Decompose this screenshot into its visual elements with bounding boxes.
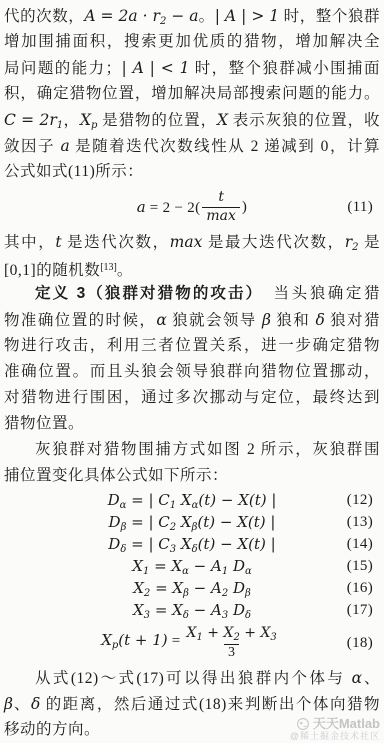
text-line: 其中，t 是迭代次数，max 是最大迭代次数，r2 是 xyxy=(4,229,380,255)
text-line: 物进行攻击，利用三者位置关系，进一步确定猎物 xyxy=(4,333,380,359)
text-line: 灰狼群对猎物围捕方式如图 2 所示，灰狼群围 xyxy=(4,437,380,463)
equation-body: Xp(t + 1) = X1 + X2 + X33 xyxy=(101,625,283,661)
equation-11: a = 2 − 2(tmax) (11) xyxy=(4,185,380,229)
equation-15: X1 = Xα − A1 Dα (15) xyxy=(4,555,380,577)
text-line: 增加围捕面积，搜索更加优质的猎物，增加解决全 xyxy=(4,29,380,55)
text-line: 代的次数，A = 2a · r2 − a。| A | > 1 时，整个狼群 xyxy=(4,3,380,29)
definition-3-heading-line: 定义 3（狼群对猎物的攻击） 当头狼确定猎 xyxy=(4,281,380,307)
watermark-logo-icon xyxy=(296,717,310,731)
equation-number: (15) xyxy=(347,555,373,577)
equation-13: Dβ = | C2 Xβ(t) − X(t) | (13) xyxy=(4,511,380,533)
watermark-brand: 天天Matlab xyxy=(313,717,380,731)
text-line: 物准确位置的时候，α 狼就会领导 β 狼和 δ 狼对猎 xyxy=(4,307,380,333)
text-line: 猎物位置。 xyxy=(4,411,380,437)
watermark: 天天Matlab @稀土掘金技术社区 xyxy=(290,717,380,742)
text-line: 敛因子 a 是随着迭代次数线性从 2 递减到 0，计算 xyxy=(4,133,380,159)
text-line: 公式如式(11)所示： xyxy=(4,159,380,185)
paper-page: 代的次数，A = 2a · r2 − a。| A | > 1 时，整个狼群 增加… xyxy=(0,0,384,743)
fraction: tmax xyxy=(202,189,240,224)
equation-17: X3 = Xδ − A3 Dδ (17) xyxy=(4,599,380,621)
equation-body: X1 = Xα − A1 Dα xyxy=(132,559,252,575)
equation-number: (11) xyxy=(347,196,373,218)
equation-body: X3 = Xδ − A3 Dδ xyxy=(133,603,251,619)
equation-16: X2 = Xβ − A2 Dβ (16) xyxy=(4,577,380,599)
text-line: [0,1]的随机数[13]。 xyxy=(4,255,380,281)
equation-number: (14) xyxy=(347,533,373,555)
equation-14: Dδ = | C3 Xδ(t) − X(t) | (14) xyxy=(4,533,380,555)
equation-body: a = 2 − 2(tmax) xyxy=(137,189,247,224)
equation-18: Xp(t + 1) = X1 + X2 + X33 (18) xyxy=(4,621,380,665)
text-line: 局问题的能力；| A | < 1 时，整个狼群减小围捕面 xyxy=(4,55,380,81)
equation-number: (16) xyxy=(347,577,373,599)
text-line: C = 2r1，Xp 是猎物的位置，X 表示灰狼的位置，收 xyxy=(4,107,380,133)
equation-body: Dα = | C1 Xα(t) − X(t) | xyxy=(108,493,277,509)
text-line: β、δ 的距离，然后通过式(18)来判断出个体向猎物 xyxy=(4,691,380,717)
fraction: X1 + X2 + X33 xyxy=(182,625,280,661)
equation-number: (17) xyxy=(347,599,373,621)
equation-number: (18) xyxy=(347,632,373,654)
watermark-community: @稀土掘金技术社区 xyxy=(290,731,380,742)
text-line: 准确位置。而且头狼会领导狼群向猎物位置挪动， xyxy=(4,359,380,385)
text-line: 从式(12)～式(17)可以得出狼群内个体与 α、 xyxy=(4,665,380,691)
text-line: 对猎物进行围困，通过多次挪动与定位，最终达到 xyxy=(4,385,380,411)
equation-body: Dβ = | C2 Xβ(t) − X(t) | xyxy=(109,515,276,531)
equation-12: Dα = | C1 Xα(t) − X(t) | (12) xyxy=(4,489,380,511)
text-line: 捕位置变化具体公式如下所示： xyxy=(4,463,380,489)
equation-body: Dδ = | C3 Xδ(t) − X(t) | xyxy=(108,537,275,553)
equation-body: X2 = Xβ − A2 Dβ xyxy=(133,581,251,597)
equation-number: (12) xyxy=(347,489,373,511)
equation-number: (13) xyxy=(347,511,373,533)
text-line: 积，确定猎物位置，增加解决局部搜索问题的能力。 xyxy=(4,81,380,107)
